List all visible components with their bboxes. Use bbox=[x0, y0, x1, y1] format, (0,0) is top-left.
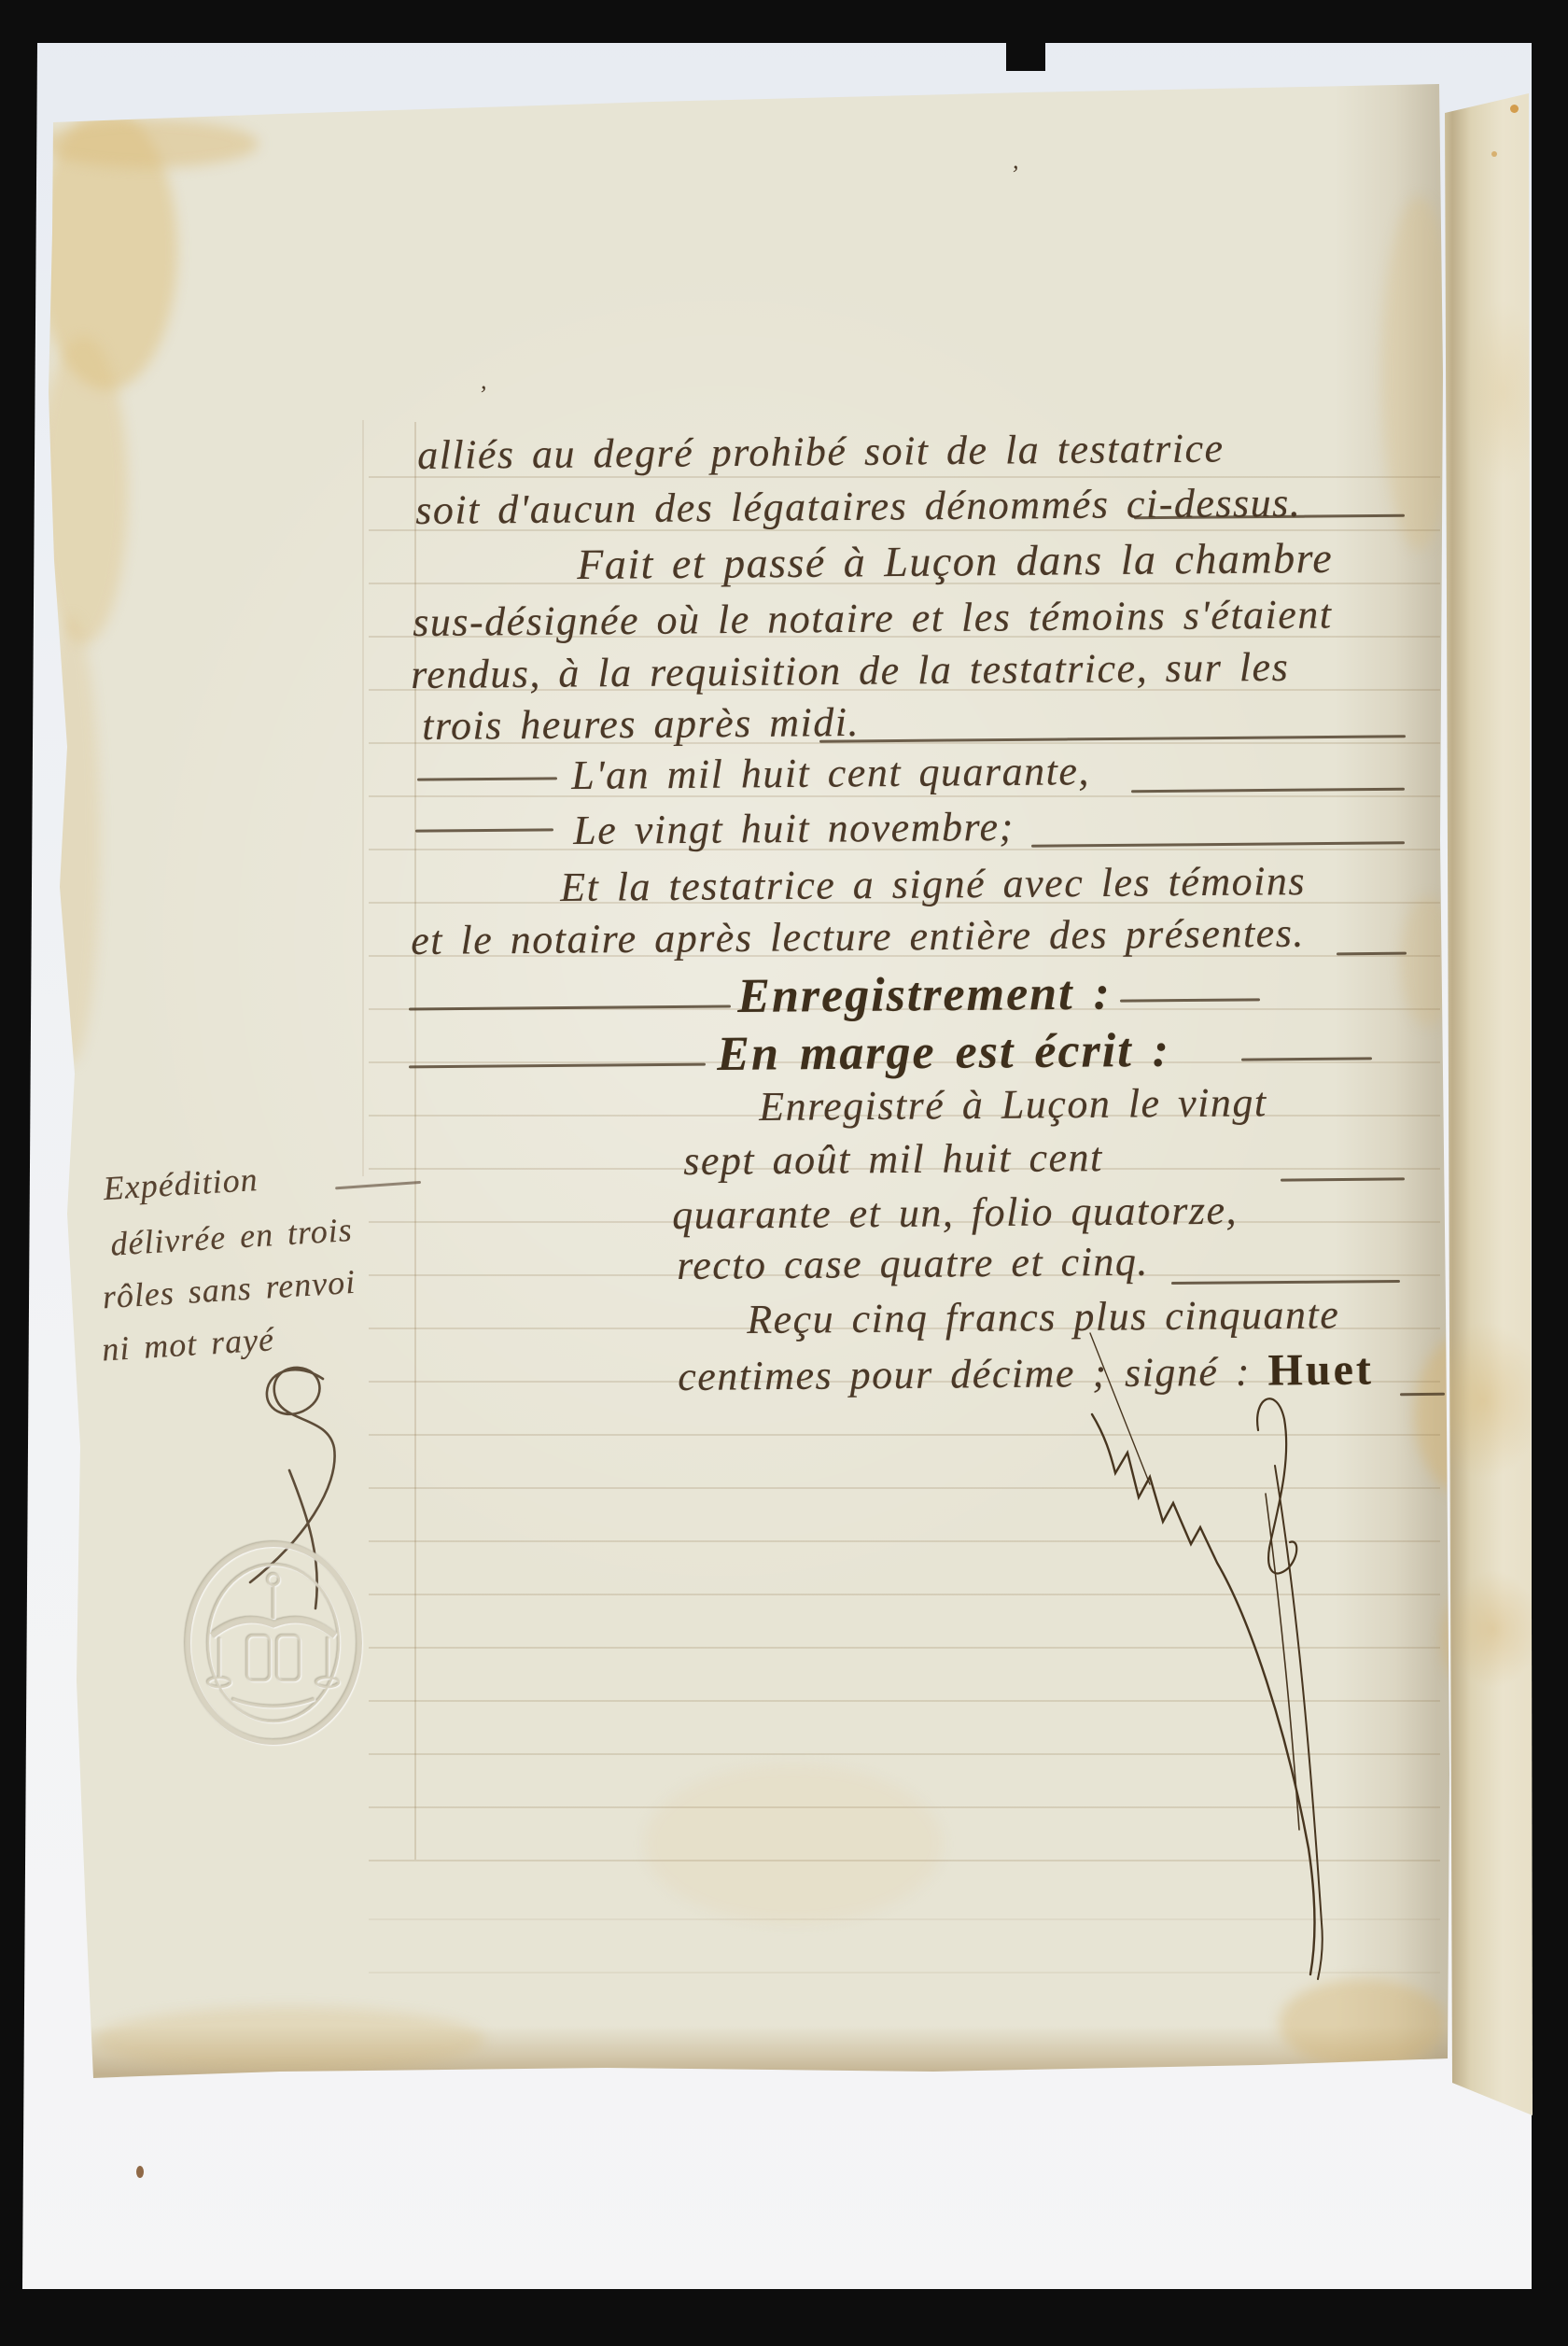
heading-enregistrement: Enregistrement : bbox=[737, 966, 1112, 1024]
faint-margin-line bbox=[362, 420, 364, 1176]
manuscript-line: sept août mil huit cent bbox=[683, 1133, 1103, 1185]
manuscript-line: quarante et un, folio quatorze, bbox=[672, 1187, 1238, 1239]
ink-speck: ’ bbox=[478, 381, 486, 409]
manuscript-line: Enregistré à Luçon le vingt bbox=[759, 1078, 1267, 1131]
manuscript-line: Le vingt huit novembre; bbox=[573, 803, 1015, 854]
manuscript-line: Et la testatrice a signé avec les témoin… bbox=[560, 857, 1306, 911]
ink-rule bbox=[335, 1181, 421, 1189]
manuscript-line: Fait et passé à Luçon dans la chambre bbox=[577, 533, 1333, 589]
paper-fleck bbox=[1510, 105, 1519, 113]
paper-fleck bbox=[1491, 151, 1497, 157]
scanned-document: alliés au degré prohibé soit de la testa… bbox=[0, 0, 1568, 2346]
manuscript-line: recto case quatre et cinq. bbox=[677, 1238, 1149, 1289]
age-stain bbox=[93, 2007, 485, 2072]
margin-note-line: rôles sans renvoi bbox=[102, 1262, 357, 1317]
manuscript-line: trois heures après midi. bbox=[422, 698, 860, 750]
margin-note-line: délivrée en trois bbox=[109, 1210, 354, 1264]
manuscript-line: rendus, à la requisition de la testatric… bbox=[411, 643, 1289, 698]
embossed-notary-seal-icon bbox=[184, 1538, 363, 1748]
margin-note-line: Expédition bbox=[102, 1159, 259, 1208]
manuscript-line: et le notaire après lecture entière des … bbox=[411, 909, 1305, 964]
notary-paraph-flourish-icon bbox=[1064, 1326, 1419, 1998]
bed-fleck bbox=[136, 2166, 144, 2178]
heading-en-marge: En marge est écrit : bbox=[717, 1023, 1170, 1082]
ink-speck: ’ bbox=[1010, 161, 1018, 189]
age-stain bbox=[39, 119, 259, 168]
manuscript-line: soit d'aucun des légataires dénommés ci-… bbox=[415, 479, 1301, 534]
scanner-frame-tab bbox=[1006, 43, 1045, 71]
manuscript-page: alliés au degré prohibé soit de la testa… bbox=[0, 0, 1568, 2346]
manuscript-line: alliés au degré prohibé soit de la testa… bbox=[417, 424, 1225, 479]
manuscript-line: L'an mil huit cent quarante, bbox=[571, 747, 1090, 799]
manuscript-line: sus-désignée où le notaire et les témoin… bbox=[413, 590, 1333, 646]
ink-rule bbox=[1337, 952, 1407, 956]
